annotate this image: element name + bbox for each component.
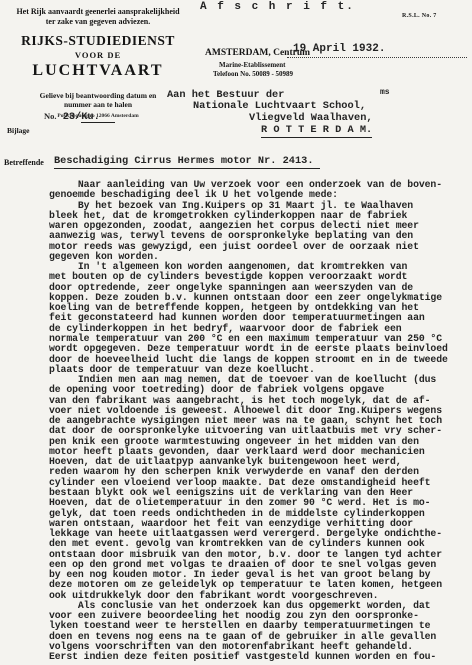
reference-number-label: No.: [44, 111, 57, 121]
org-name-line-2: VOOR DE: [4, 50, 192, 60]
subject-label: Betreffende: [4, 158, 44, 167]
disclaimer-line-2: ter zake van gegeven adviezen.: [4, 17, 192, 27]
subject-value: Beschadiging Cirrus Hermes motor Nr. 241…: [54, 155, 320, 169]
body-line: wordt opgegeven. Deze temperatuur wordt …: [49, 344, 472, 354]
reply-note-line-2: nummer aan te halen: [4, 100, 192, 109]
establishment-label: Marine-Etablissement: [219, 61, 286, 69]
attachment-label: Bijlage: [7, 126, 30, 135]
date-value: 19 April 1932.: [293, 43, 385, 55]
recipient-city: R O T T E R D A M.: [261, 124, 372, 138]
body-line: Eerst indien deze feiten positief vastge…: [49, 652, 472, 662]
document-page: A f s c h r i f t. R.S.L. No. 7 Het Rijk…: [0, 0, 472, 665]
phone-label: Telefoon No. 50089 - 50989: [213, 70, 293, 78]
body-line: genoemde beschadiging deel ik U het volg…: [49, 190, 472, 200]
org-name-line-3: LUCHTVAART: [4, 62, 192, 80]
recipient-line-2: Nationale Luchtvaart School,: [193, 100, 366, 112]
recipient-line-3: Vliegveld Waalhaven,: [249, 112, 373, 124]
reply-note-line-1: Gelieve bij beantwoording datum en: [4, 91, 192, 100]
recipient-annotation: ms: [380, 88, 390, 97]
letter-body: Naar aanleiding van Uw verzoek voor een …: [0, 180, 472, 662]
form-number: R.S.L. No. 7: [402, 13, 437, 19]
body-line: Hoeven, dat de olietemperatuur in den zo…: [49, 498, 472, 508]
reference-number-value: 23/Ku.: [63, 111, 100, 123]
letterhead-block: Het Rijk aanvaardt geenerlei aansprakeli…: [4, 7, 192, 123]
reference-number: No. 23/Ku.: [44, 111, 100, 123]
copy-heading: A f s c h r i f t.: [200, 1, 355, 13]
disclaimer-line-1: Het Rijk aanvaardt geenerlei aansprakeli…: [4, 7, 192, 17]
reply-note: Gelieve bij beantwoording datum en numme…: [4, 91, 192, 109]
org-name-line-1: RIJKS-STUDIEDIENST: [4, 33, 192, 49]
